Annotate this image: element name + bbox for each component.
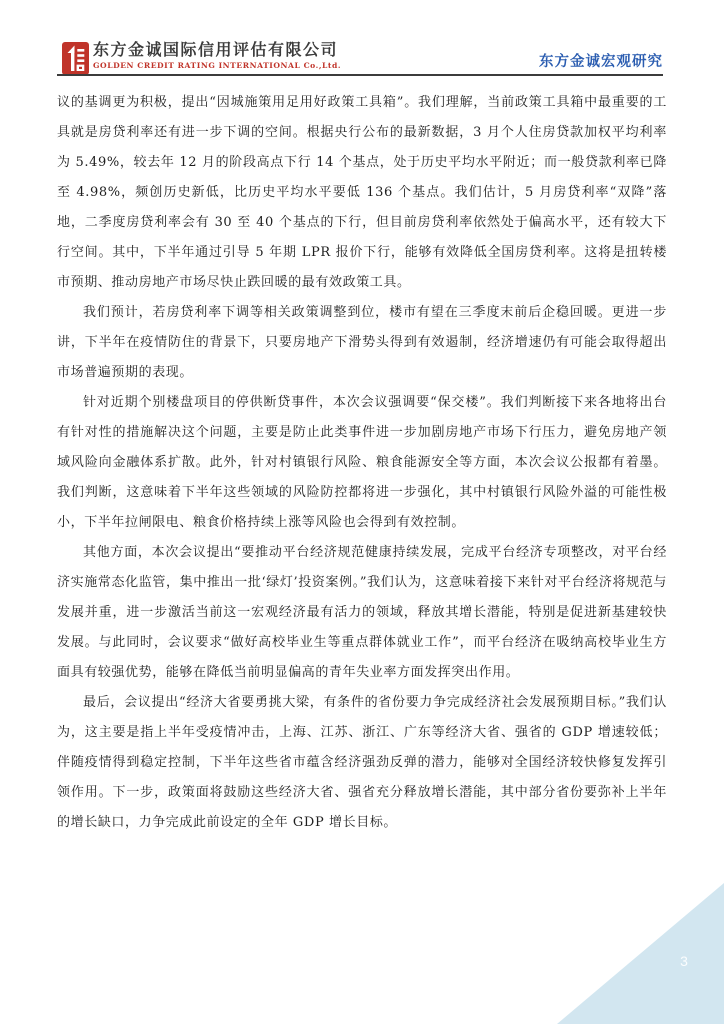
document-body: 议的基调更为积极，提出“因城施策用足用好政策工具箱”。我们理解，当前政策工具箱中…: [57, 88, 667, 838]
paragraph-1: 议的基调更为积极，提出“因城施策用足用好政策工具箱”。我们理解，当前政策工具箱中…: [57, 88, 667, 298]
page-header: 东方金诚国际信用评估有限公司 GOLDEN CREDIT RATING INTE…: [0, 0, 724, 86]
corner-triangle-decoration: [557, 883, 724, 1024]
paragraph-4: 其他方面，本次会议提出“要推动平台经济规范健康持续发展，完成平台经济专项整改，对…: [57, 538, 667, 688]
logo-seal-icon: [62, 42, 89, 75]
paragraph-5: 最后，会议提出“经济大省要勇挑大梁，有条件的省份要力争完成经济社会发展预期目标。…: [57, 688, 667, 838]
page-number: 3: [676, 953, 692, 969]
company-logo: 东方金诚国际信用评估有限公司 GOLDEN CREDIT RATING INTE…: [62, 42, 341, 75]
document-page: 东方金诚国际信用评估有限公司 GOLDEN CREDIT RATING INTE…: [0, 0, 724, 1024]
company-name-cn: 东方金诚国际信用评估有限公司: [93, 42, 341, 58]
header-rule: [57, 74, 663, 76]
company-name-en: GOLDEN CREDIT RATING INTERNATIONAL Co.,L…: [93, 62, 341, 70]
paragraph-3: 针对近期个别楼盘项目的停供断贷事件，本次会议强调要“保交楼”。我们判断接下来各地…: [57, 388, 667, 538]
logo-text: 东方金诚国际信用评估有限公司 GOLDEN CREDIT RATING INTE…: [93, 42, 341, 70]
report-series-title: 东方金诚宏观研究: [539, 50, 663, 71]
paragraph-2: 我们预计，若房贷利率下调等相关政策调整到位，楼市有望在三季度末前后企稳回暖。更进…: [57, 298, 667, 388]
